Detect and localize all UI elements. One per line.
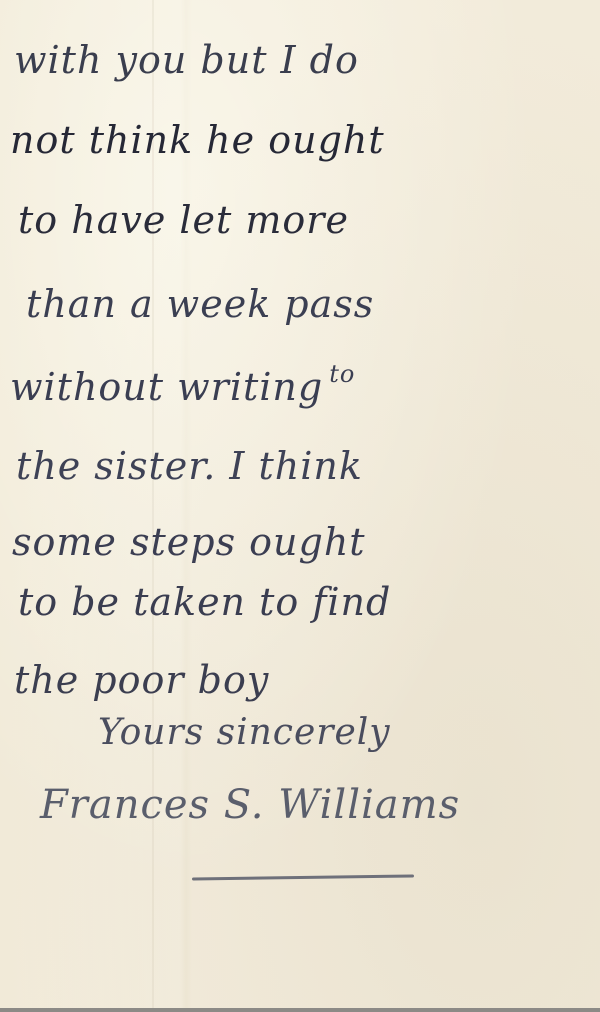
letter-closing: Yours sincerely — [98, 712, 391, 753]
letter-line: the sister. I think — [16, 444, 363, 488]
letter-line: with you but I do — [14, 38, 359, 82]
letter-line: the poor boy — [14, 658, 269, 702]
signature-underline — [192, 874, 414, 880]
letter-line-text: without writing — [10, 365, 323, 409]
letter-line: without writingto — [10, 360, 355, 409]
letter-signature: Frances S. Williams — [40, 782, 460, 828]
letter-page: with you but I do not think he ought to … — [0, 0, 600, 1008]
letter-line: to have let more — [18, 198, 349, 242]
letter-line: to be taken to find — [18, 580, 391, 624]
letter-line: some steps ought — [12, 520, 366, 564]
inserted-word: to — [329, 360, 355, 388]
letter-line: not think he ought — [10, 118, 385, 162]
letter-line: than a week pass — [26, 282, 374, 326]
page-bottom-edge — [0, 1008, 600, 1012]
